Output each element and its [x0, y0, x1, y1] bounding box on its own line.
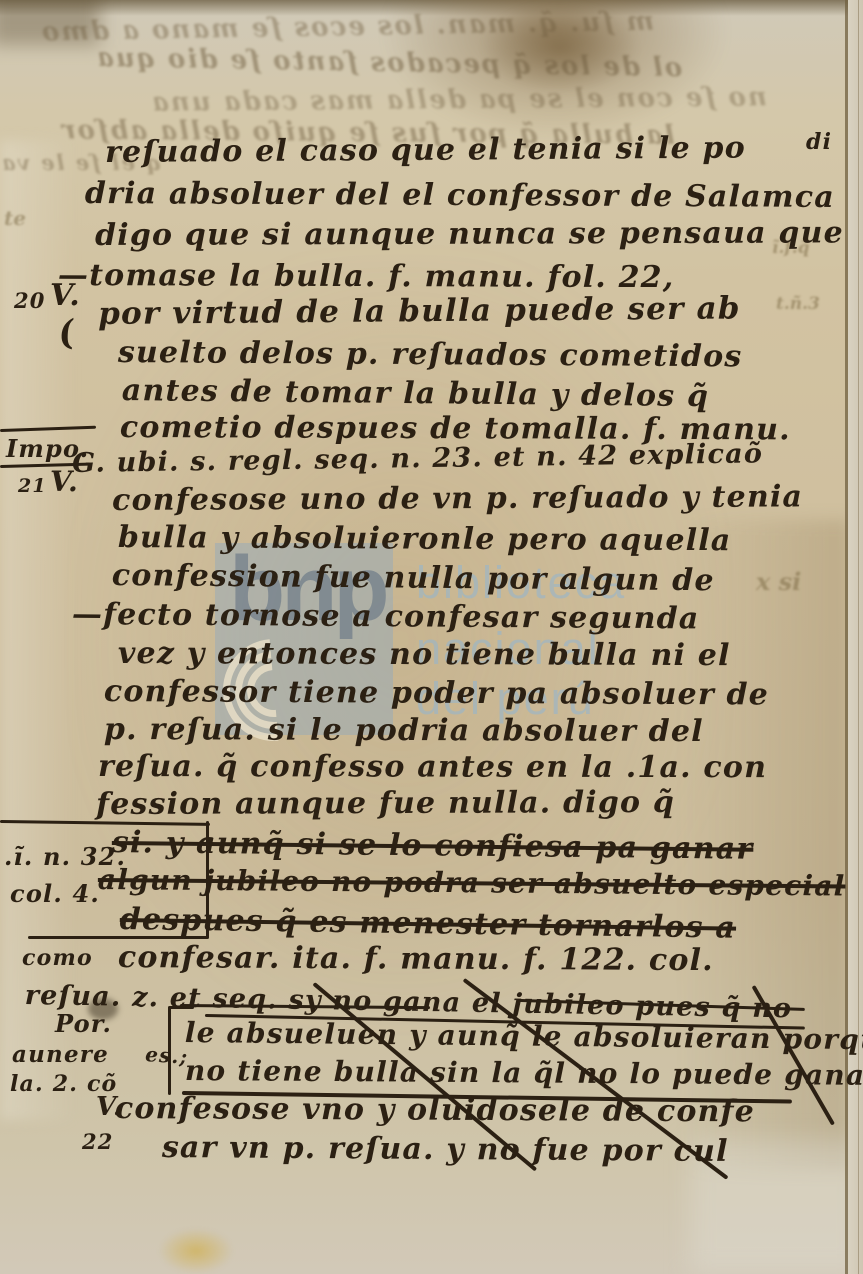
manuscript-line-struck: despues q̃ es menester tornarlos a [120, 905, 737, 944]
ink-rule-box-bottom [28, 936, 208, 939]
margin-note: V. [96, 1094, 123, 1120]
manuscript-line: antes de tomar la bulla y delos q̃ [122, 376, 710, 412]
manuscript-line: sar vn p. reſua. y no fue por cul [162, 1133, 729, 1167]
manuscript-line: digo que si aunque nunca se pensaua que [95, 218, 844, 251]
margin-note: 21 [18, 477, 47, 496]
margin-note: como [22, 947, 93, 969]
ink-rule-imp-top [0, 426, 96, 432]
margin-note: .ĩ. n. 32. [4, 845, 126, 869]
margin-note: V. [50, 281, 81, 311]
margin-note: V. [50, 468, 79, 496]
manuscript-line: —tomase la bulla. f. manu. fol. 22, [58, 261, 675, 293]
manuscript-line: reſua. q̃ confesso antes en la .1a. con [98, 752, 767, 783]
manuscript-line: p. reſua. si le podria absoluer del [104, 715, 704, 747]
margin-note: ( [56, 316, 78, 352]
manuscript-line: —fecto tornose a confesar segunda [72, 600, 700, 634]
manuscript-line: vez y entonces no tiene bulla ni el [118, 639, 731, 671]
manuscript-line: reſua. z. et seq. sy no gana el jubileo … [25, 982, 793, 1022]
ink-rule-box-right [206, 821, 209, 939]
manuscript-line: confessor tiene poder pa absoluer de [104, 677, 769, 710]
ink-bracket-vertical [168, 1007, 171, 1095]
bleedthrough-line: m ſu. q̃. man. los ecos ſe mano a dmo [40, 9, 654, 46]
bleedthrough-line: no ſe con el se pa della mas cada una [150, 84, 767, 115]
margin-note: Por. [55, 1012, 112, 1036]
margin-note: aunere [12, 1043, 109, 1066]
margin-note: es.; [145, 1044, 189, 1067]
margin-note: 22 [82, 1131, 114, 1152]
manuscript-line: dria absoluer del el confessor de Salamc… [85, 179, 835, 213]
manuscript-line: confesar. ita. f. manu. f. 122. col. [118, 943, 714, 976]
bleedthrough-fragment: t.ñ.3 [776, 296, 820, 313]
manuscript-line: confession fue nulla por algun de [112, 561, 715, 596]
margin-note: col. 4. [10, 882, 100, 906]
manuscript-line: no tiene bulla sin la q̃l no lo puede ga… [185, 1057, 863, 1090]
bottom-yellow-stain [158, 1228, 234, 1274]
manuscript-line: suelto delos p. reſuados cometidos [118, 338, 743, 372]
margin-note: Impo. [6, 437, 89, 461]
manuscript-line: confesose uno de vn p. reſuado y tenia [112, 482, 803, 516]
margin-note: 20 [14, 290, 46, 311]
manuscript-line: por virtud de la bulla puede ser ab [98, 293, 741, 330]
bleedthrough-fragment: x si [756, 570, 801, 594]
bleedthrough-fragment: te [4, 208, 26, 228]
manuscript-line: G. ubi. s. regl. seq. n. 23. et n. 42 ex… [72, 440, 763, 477]
manuscript-line: fession aunque fue nulla. digo q̃ [96, 788, 675, 820]
margin-note-catchword: di [806, 131, 832, 153]
bleedthrough-line: ol de los q̃ pecados ſanto ſe dio qua [95, 45, 683, 81]
manuscript-line: reſuado el caso que el tenia si le po [105, 134, 746, 168]
manuscript-line-struck: algun jubileo no podra ser absuelto espe… [98, 866, 846, 901]
manuscript-line: bulla y absoluieronle pero aquella [118, 523, 732, 556]
manuscript-page: m ſu. q̃. man. los ecos ſe mano a dmo ol… [0, 0, 863, 1274]
